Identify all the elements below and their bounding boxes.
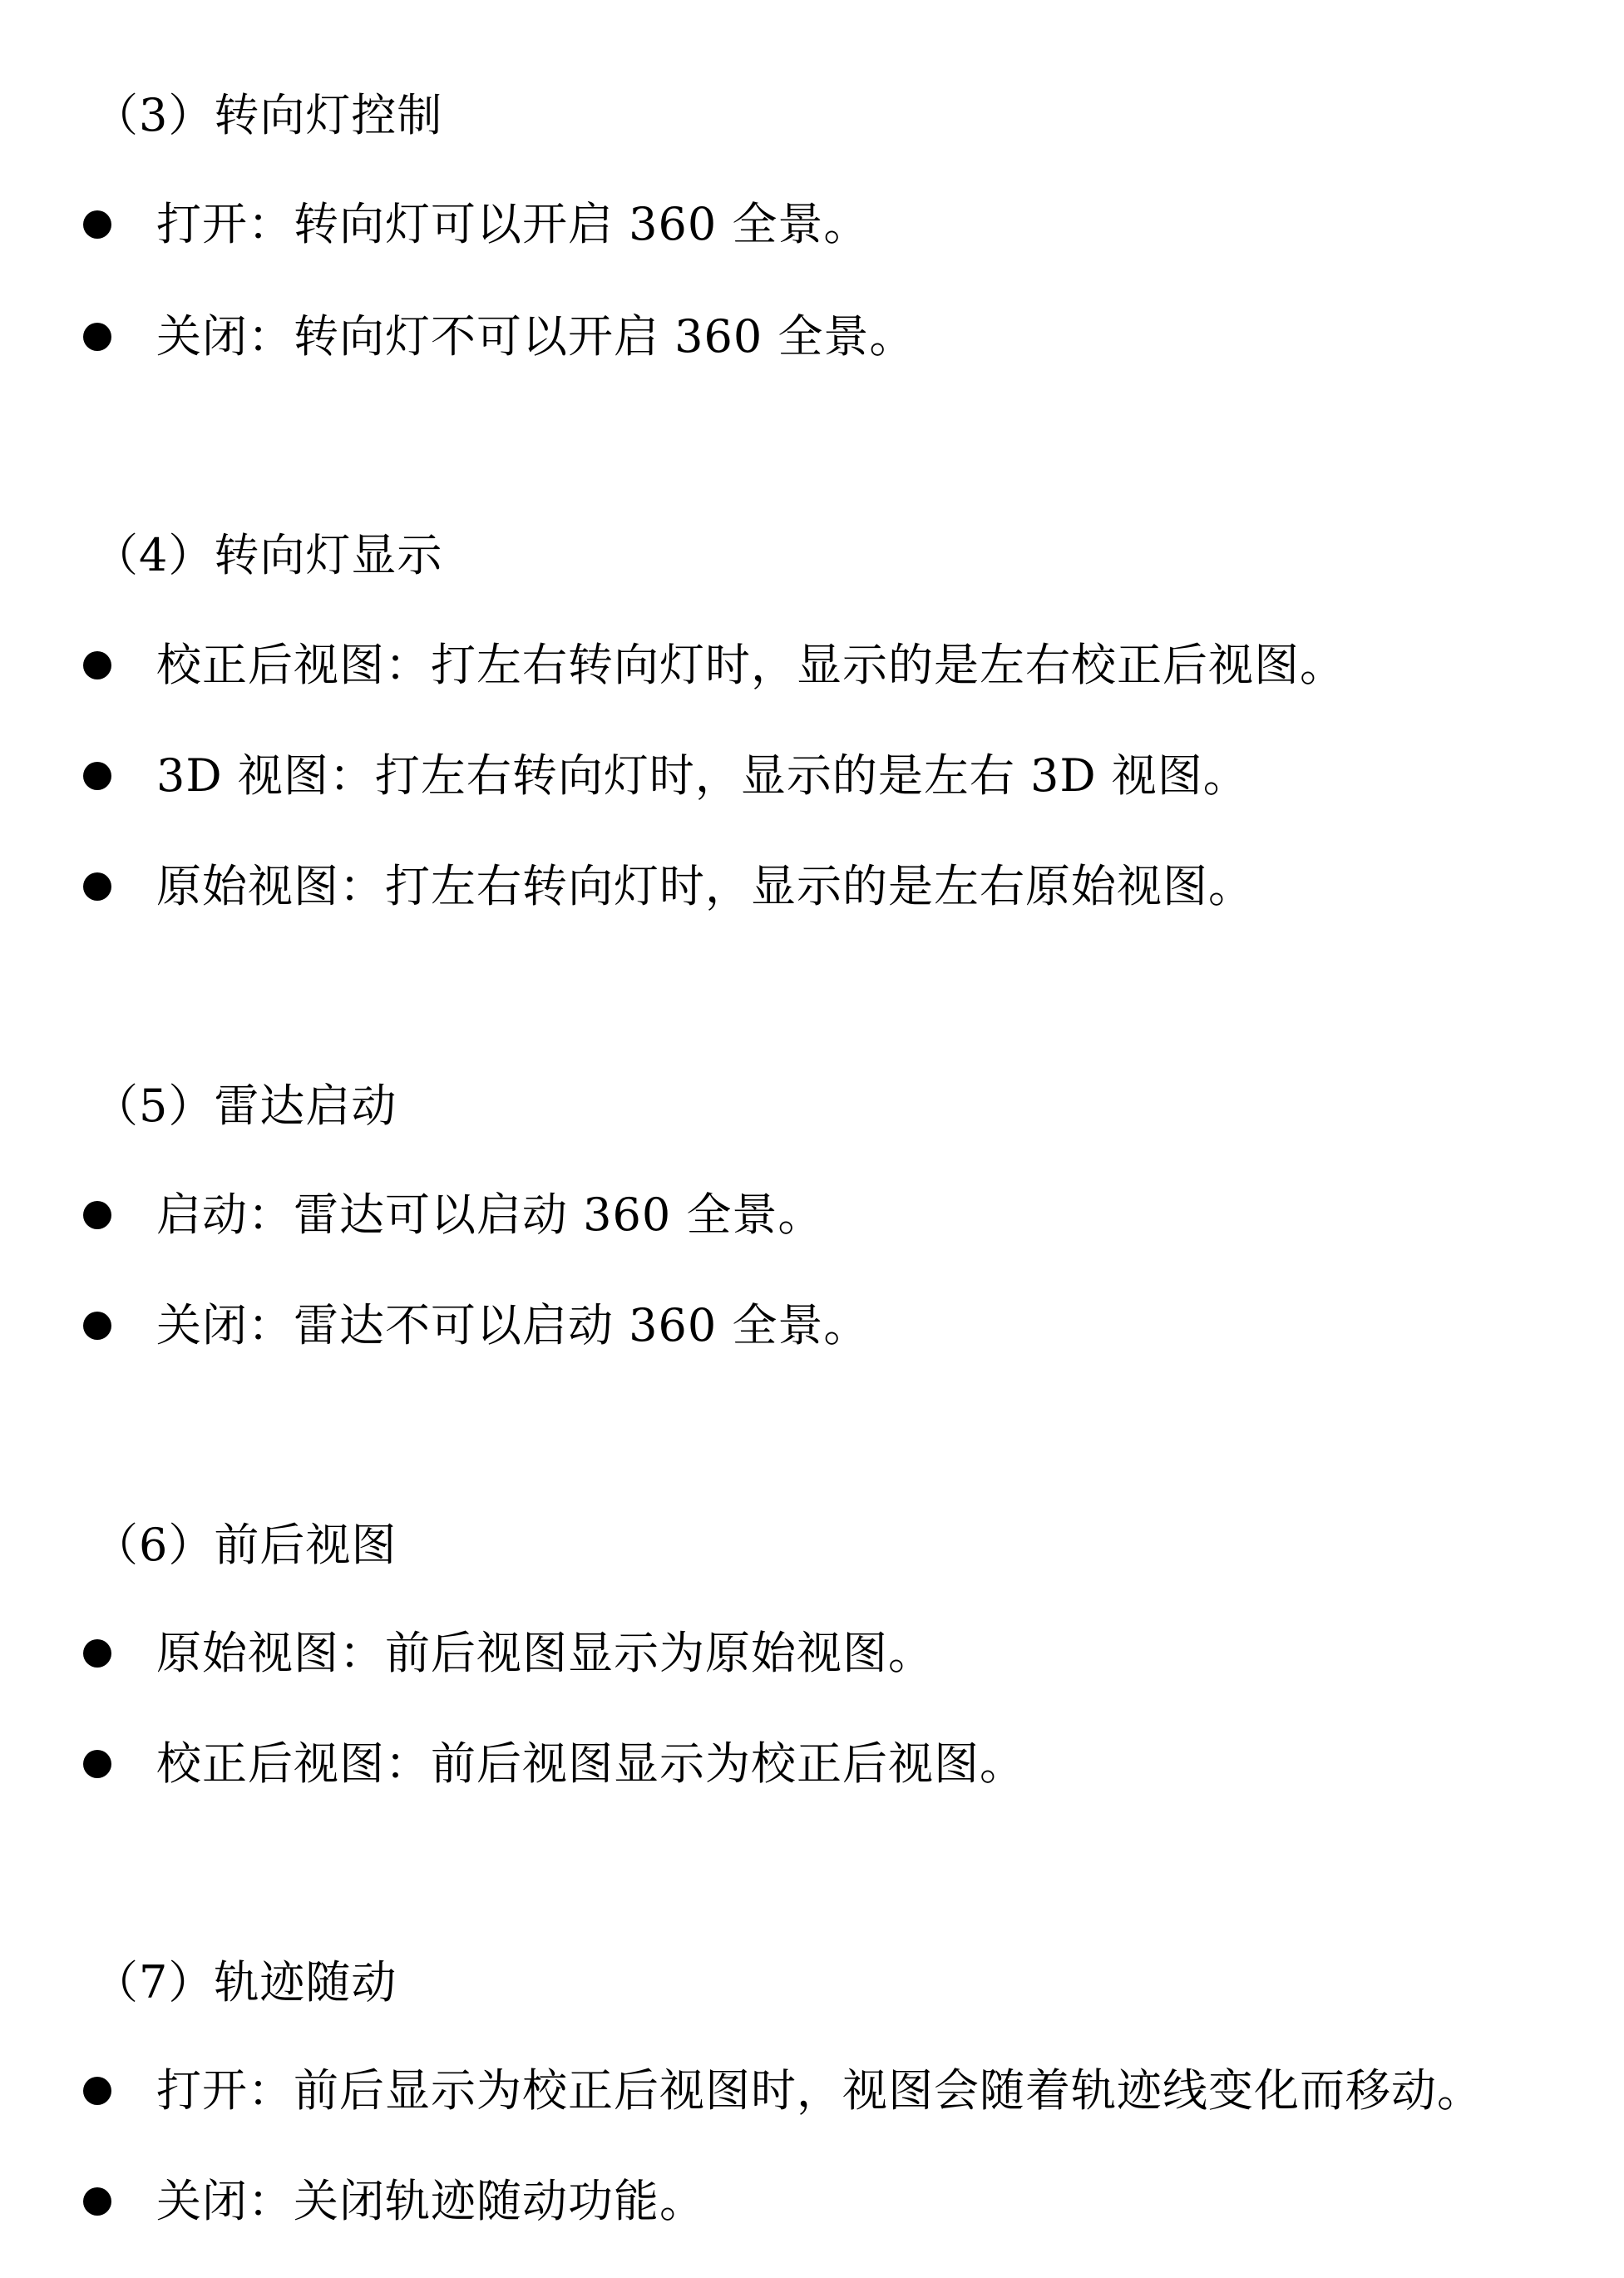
list-item-text: 关闭：转向灯不可以开启 360 全景。 <box>156 308 915 366</box>
list-item: 校正后视图：前后视图显示为校正后视图。 <box>83 1735 1025 1793</box>
list-item: 打开：前后显示为校正后视图时，视图会随着轨迹线变化而移动。 <box>83 2062 1483 2120</box>
list-item-text: 校正后视图：前后视图显示为校正后视图。 <box>156 1735 1025 1793</box>
section-heading-turn-signal-display: （4）转向灯显示 <box>93 526 442 585</box>
list-item-text: 3D 视图：打左右转向灯时，显示的是左右 3D 视图。 <box>156 747 1249 805</box>
list-item: 原始视图：前后视图显示为原始视图。 <box>83 1624 934 1683</box>
section-heading-trajectory-follow: （7）轨迹随动 <box>93 1954 397 2012</box>
bullet-icon <box>83 2187 111 2216</box>
bullet-icon <box>83 2077 111 2105</box>
bullet-icon <box>83 1312 111 1340</box>
bullet-icon <box>83 872 111 901</box>
section-heading-front-rear-view: （6）前后视图 <box>93 1516 397 1574</box>
list-item-text: 原始视图：打左右转向灯时，显示的是左右原始视图。 <box>156 857 1254 916</box>
list-item-text: 打开：前后显示为校正后视图时，视图会随着轨迹线变化而移动。 <box>156 2062 1483 2120</box>
bullet-icon <box>83 210 111 239</box>
bullet-icon <box>83 651 111 679</box>
bullet-icon <box>83 323 111 351</box>
section-heading-radar-activation: （5）雷达启动 <box>93 1077 397 1135</box>
list-item: 关闭：转向灯不可以开启 360 全景。 <box>83 308 915 366</box>
section-heading-turn-signal-control: （3）转向灯控制 <box>93 86 442 145</box>
list-item: 原始视图：打左右转向灯时，显示的是左右原始视图。 <box>83 857 1254 916</box>
bullet-icon <box>83 1201 111 1229</box>
list-item-text: 关闭：雷达不可以启动 360 全景。 <box>156 1297 869 1355</box>
bullet-icon <box>83 1750 111 1778</box>
list-item-text: 校正后视图：打左右转向灯时，显示的是左右校正后视图。 <box>156 636 1345 694</box>
list-item: 关闭：关闭轨迹随动功能。 <box>83 2172 705 2231</box>
list-item-text: 启动：雷达可以启动 360 全景。 <box>156 1186 823 1244</box>
bullet-icon <box>83 762 111 790</box>
list-item: 打开：转向灯可以开启 360 全景。 <box>83 195 869 254</box>
list-item-text: 打开：转向灯可以开启 360 全景。 <box>156 195 869 254</box>
list-item: 启动：雷达可以启动 360 全景。 <box>83 1186 823 1244</box>
list-item: 3D 视图：打左右转向灯时，显示的是左右 3D 视图。 <box>83 747 1249 805</box>
list-item-text: 关闭：关闭轨迹随动功能。 <box>156 2172 705 2231</box>
bullet-icon <box>83 1639 111 1668</box>
list-item-text: 原始视图：前后视图显示为原始视图。 <box>156 1624 934 1683</box>
document-page: （3）转向灯控制 打开：转向灯可以开启 360 全景。 关闭：转向灯不可以开启 … <box>0 0 1624 2278</box>
list-item: 校正后视图：打左右转向灯时，显示的是左右校正后视图。 <box>83 636 1345 694</box>
list-item: 关闭：雷达不可以启动 360 全景。 <box>83 1297 869 1355</box>
